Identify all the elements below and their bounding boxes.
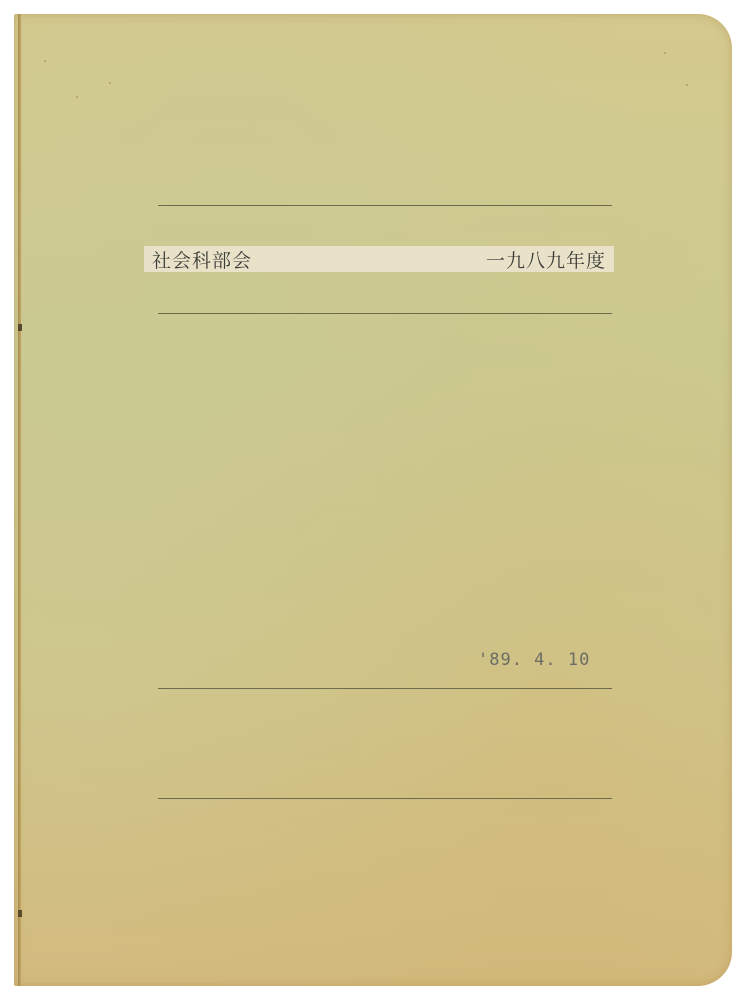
title-rule-top	[158, 205, 612, 206]
date-stamp: '89. 4. 10	[478, 650, 590, 670]
title-label-strip: 社会科部会 一九八九年度	[144, 246, 614, 272]
paper-speck	[76, 96, 78, 98]
paper-speck	[109, 82, 111, 84]
paper-speck	[664, 52, 666, 54]
paper-speck	[686, 84, 688, 86]
rule-line-4	[158, 798, 612, 799]
binding-stitch	[18, 910, 22, 917]
rule-line-3	[158, 688, 612, 689]
department-name: 社会科部会	[152, 246, 252, 273]
binding-stitch	[18, 324, 22, 331]
title-rule-bottom	[158, 313, 612, 314]
folder-cover	[14, 14, 732, 986]
paper-speck	[44, 60, 46, 62]
fiscal-year: 一九八九年度	[486, 246, 606, 273]
